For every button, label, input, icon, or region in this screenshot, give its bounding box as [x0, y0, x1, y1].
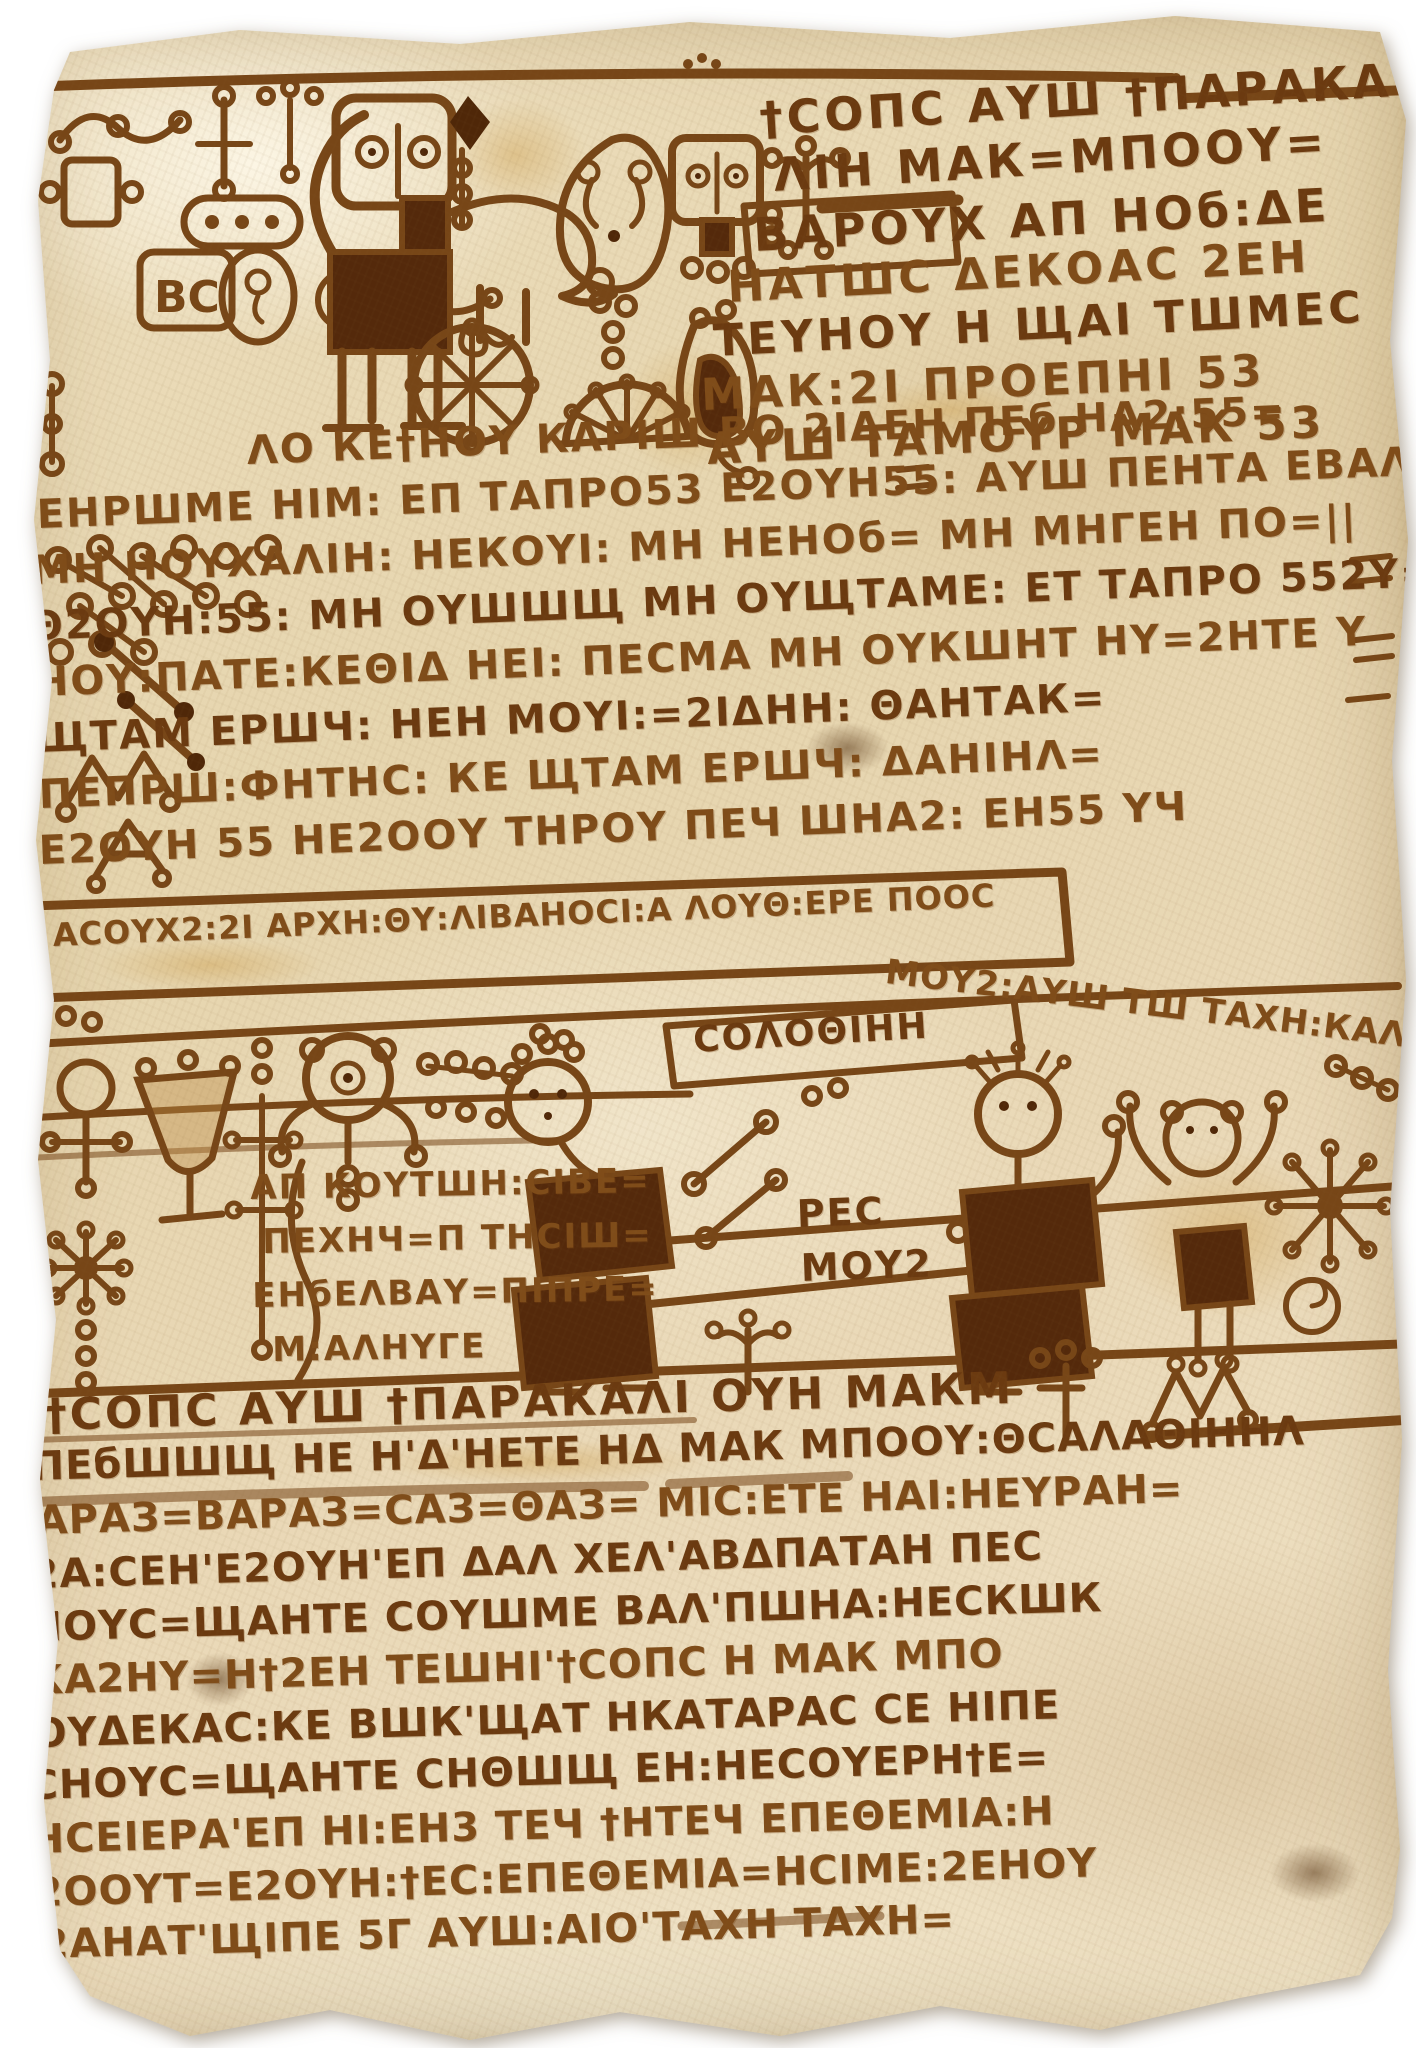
- figure-label-line: ЕНбЕΛВАΥ=ПІПРЕ=: [252, 1269, 659, 1316]
- ring-chain-right: [1327, 1057, 1397, 1099]
- band-charakteres-left: [32, 1008, 131, 1390]
- parchment-sheet: ВС: [0, 0, 1416, 2048]
- owl-faced-figure: [560, 138, 668, 367]
- ankh-sign: [60, 1062, 112, 1114]
- robed-figure-left: [508, 1036, 672, 1392]
- charm-box-glyphs: ВС: [154, 272, 220, 323]
- figure-label-line: АП КОΥТШН:СІВЕ=: [250, 1161, 651, 1208]
- figure-label-line: ПЕХНЧ=П ТНСІШ=: [262, 1215, 653, 1262]
- parchment-sheet-wrap: ВС: [0, 0, 1416, 2048]
- figure-name-label: РЕС: [796, 1189, 885, 1236]
- chalice-drawing: [138, 1052, 238, 1220]
- star-sign: [1267, 1141, 1393, 1271]
- figure-name-label: МОΥ2: [800, 1241, 934, 1290]
- spiral-sign: [1286, 1279, 1338, 1332]
- manuscript-scan: ВС: [0, 0, 1416, 2048]
- figure-label-line: М:АΛНΥГЕ: [272, 1326, 487, 1370]
- orant-figure: [1119, 1093, 1285, 1375]
- ring-chains: [419, 1026, 572, 1126]
- robed-figure-right: [949, 1043, 1123, 1392]
